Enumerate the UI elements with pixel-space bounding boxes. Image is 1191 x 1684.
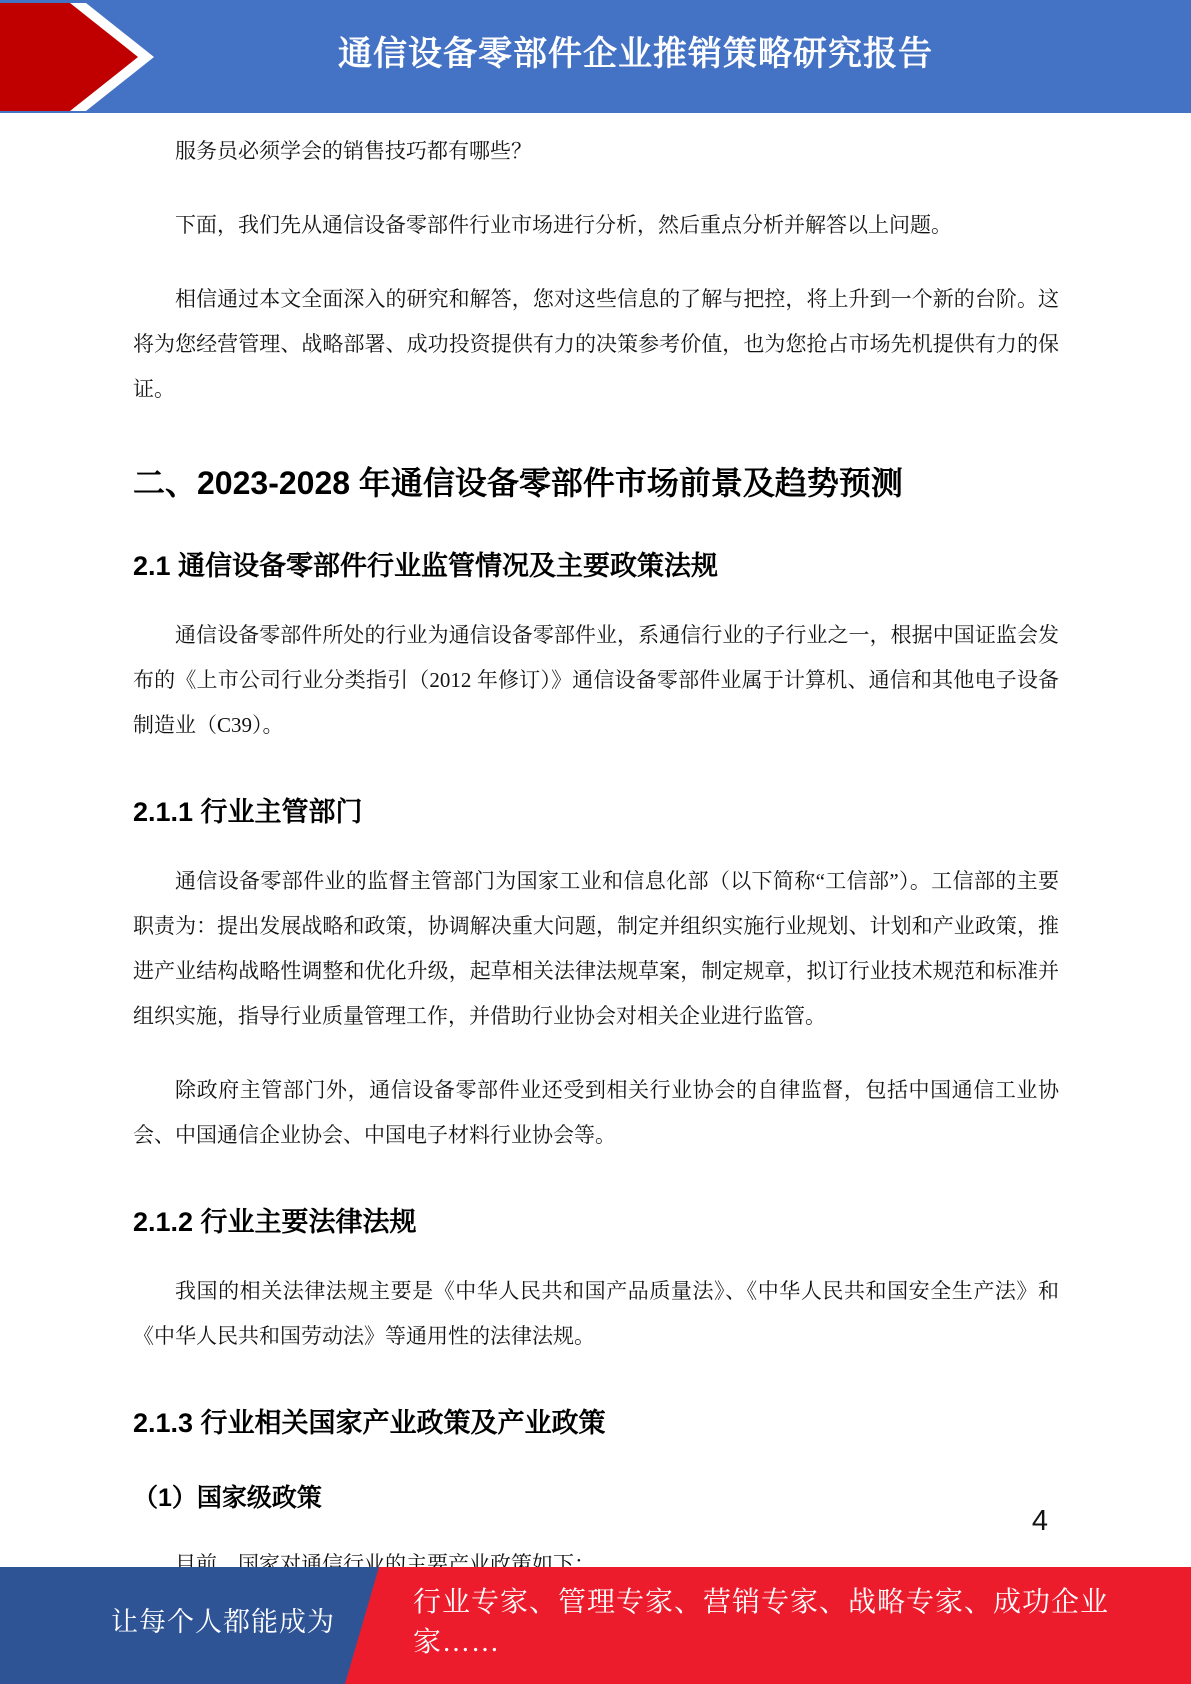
document-title: 通信设备零部件企业推销策略研究报告: [200, 0, 1071, 100]
paragraph: 通信设备零部件业的监督主管部门为国家工业和信息化部（以下简称“工信部”）。工信部…: [133, 859, 1059, 1039]
footer-slogan-left: 让每个人都能成为: [0, 1567, 335, 1672]
paragraph: 通信设备零部件所处的行业为通信设备零部件业，系通信行业的子行业之一，根据中国证监…: [133, 613, 1059, 748]
paragraph: 下面，我们先从通信设备零部件行业市场进行分析，然后重点分析并解答以上问题。: [133, 203, 1059, 248]
subsection-heading-2-1-1: 2.1.1 行业主管部门: [133, 790, 1059, 829]
subsection-heading-2-1-3: 2.1.3 行业相关国家产业政策及产业政策: [133, 1401, 1059, 1440]
section-heading-2-1: 2.1 通信设备零部件行业监管情况及主要政策法规: [133, 544, 1059, 583]
subsection-heading-2-1-2: 2.1.2 行业主要法律法规: [133, 1200, 1059, 1239]
paragraph: 服务员必须学会的销售技巧都有哪些？: [133, 129, 1059, 174]
document-body: 服务员必须学会的销售技巧都有哪些？ 下面，我们先从通信设备零部件行业市场进行分析…: [133, 113, 1059, 1616]
item-heading-national-policy: （1）国家级政策: [133, 1478, 1059, 1514]
footer-slogan-right: 行业专家、管理专家、营销专家、战略专家、成功企业家……: [413, 1567, 1171, 1672]
paragraph: 我国的相关法律法规主要是《中华人民共和国产品质量法》、《中华人民共和国安全生产法…: [133, 1269, 1059, 1359]
footer-banner: 让每个人都能成为 行业专家、管理专家、营销专家、战略专家、成功企业家……: [0, 1567, 1191, 1684]
header-banner: 通信设备零部件企业推销策略研究报告: [0, 0, 1191, 113]
page-number: 4: [1020, 1505, 1060, 1538]
paragraph: 相信通过本文全面深入的研究和解答，您对这些信息的了解与把控，将上升到一个新的台阶…: [133, 277, 1059, 412]
paragraph: 除政府主管部门外，通信设备零部件业还受到相关行业协会的自律监督，包括中国通信工业…: [133, 1068, 1059, 1158]
report-page: 通信设备零部件企业推销策略研究报告 服务员必须学会的销售技巧都有哪些？ 下面，我…: [0, 0, 1191, 1684]
red-right-arrow-icon: [0, 0, 200, 113]
chapter-heading: 二、2023-2028 年通信设备零部件市场前景及趋势预测: [133, 458, 1059, 504]
